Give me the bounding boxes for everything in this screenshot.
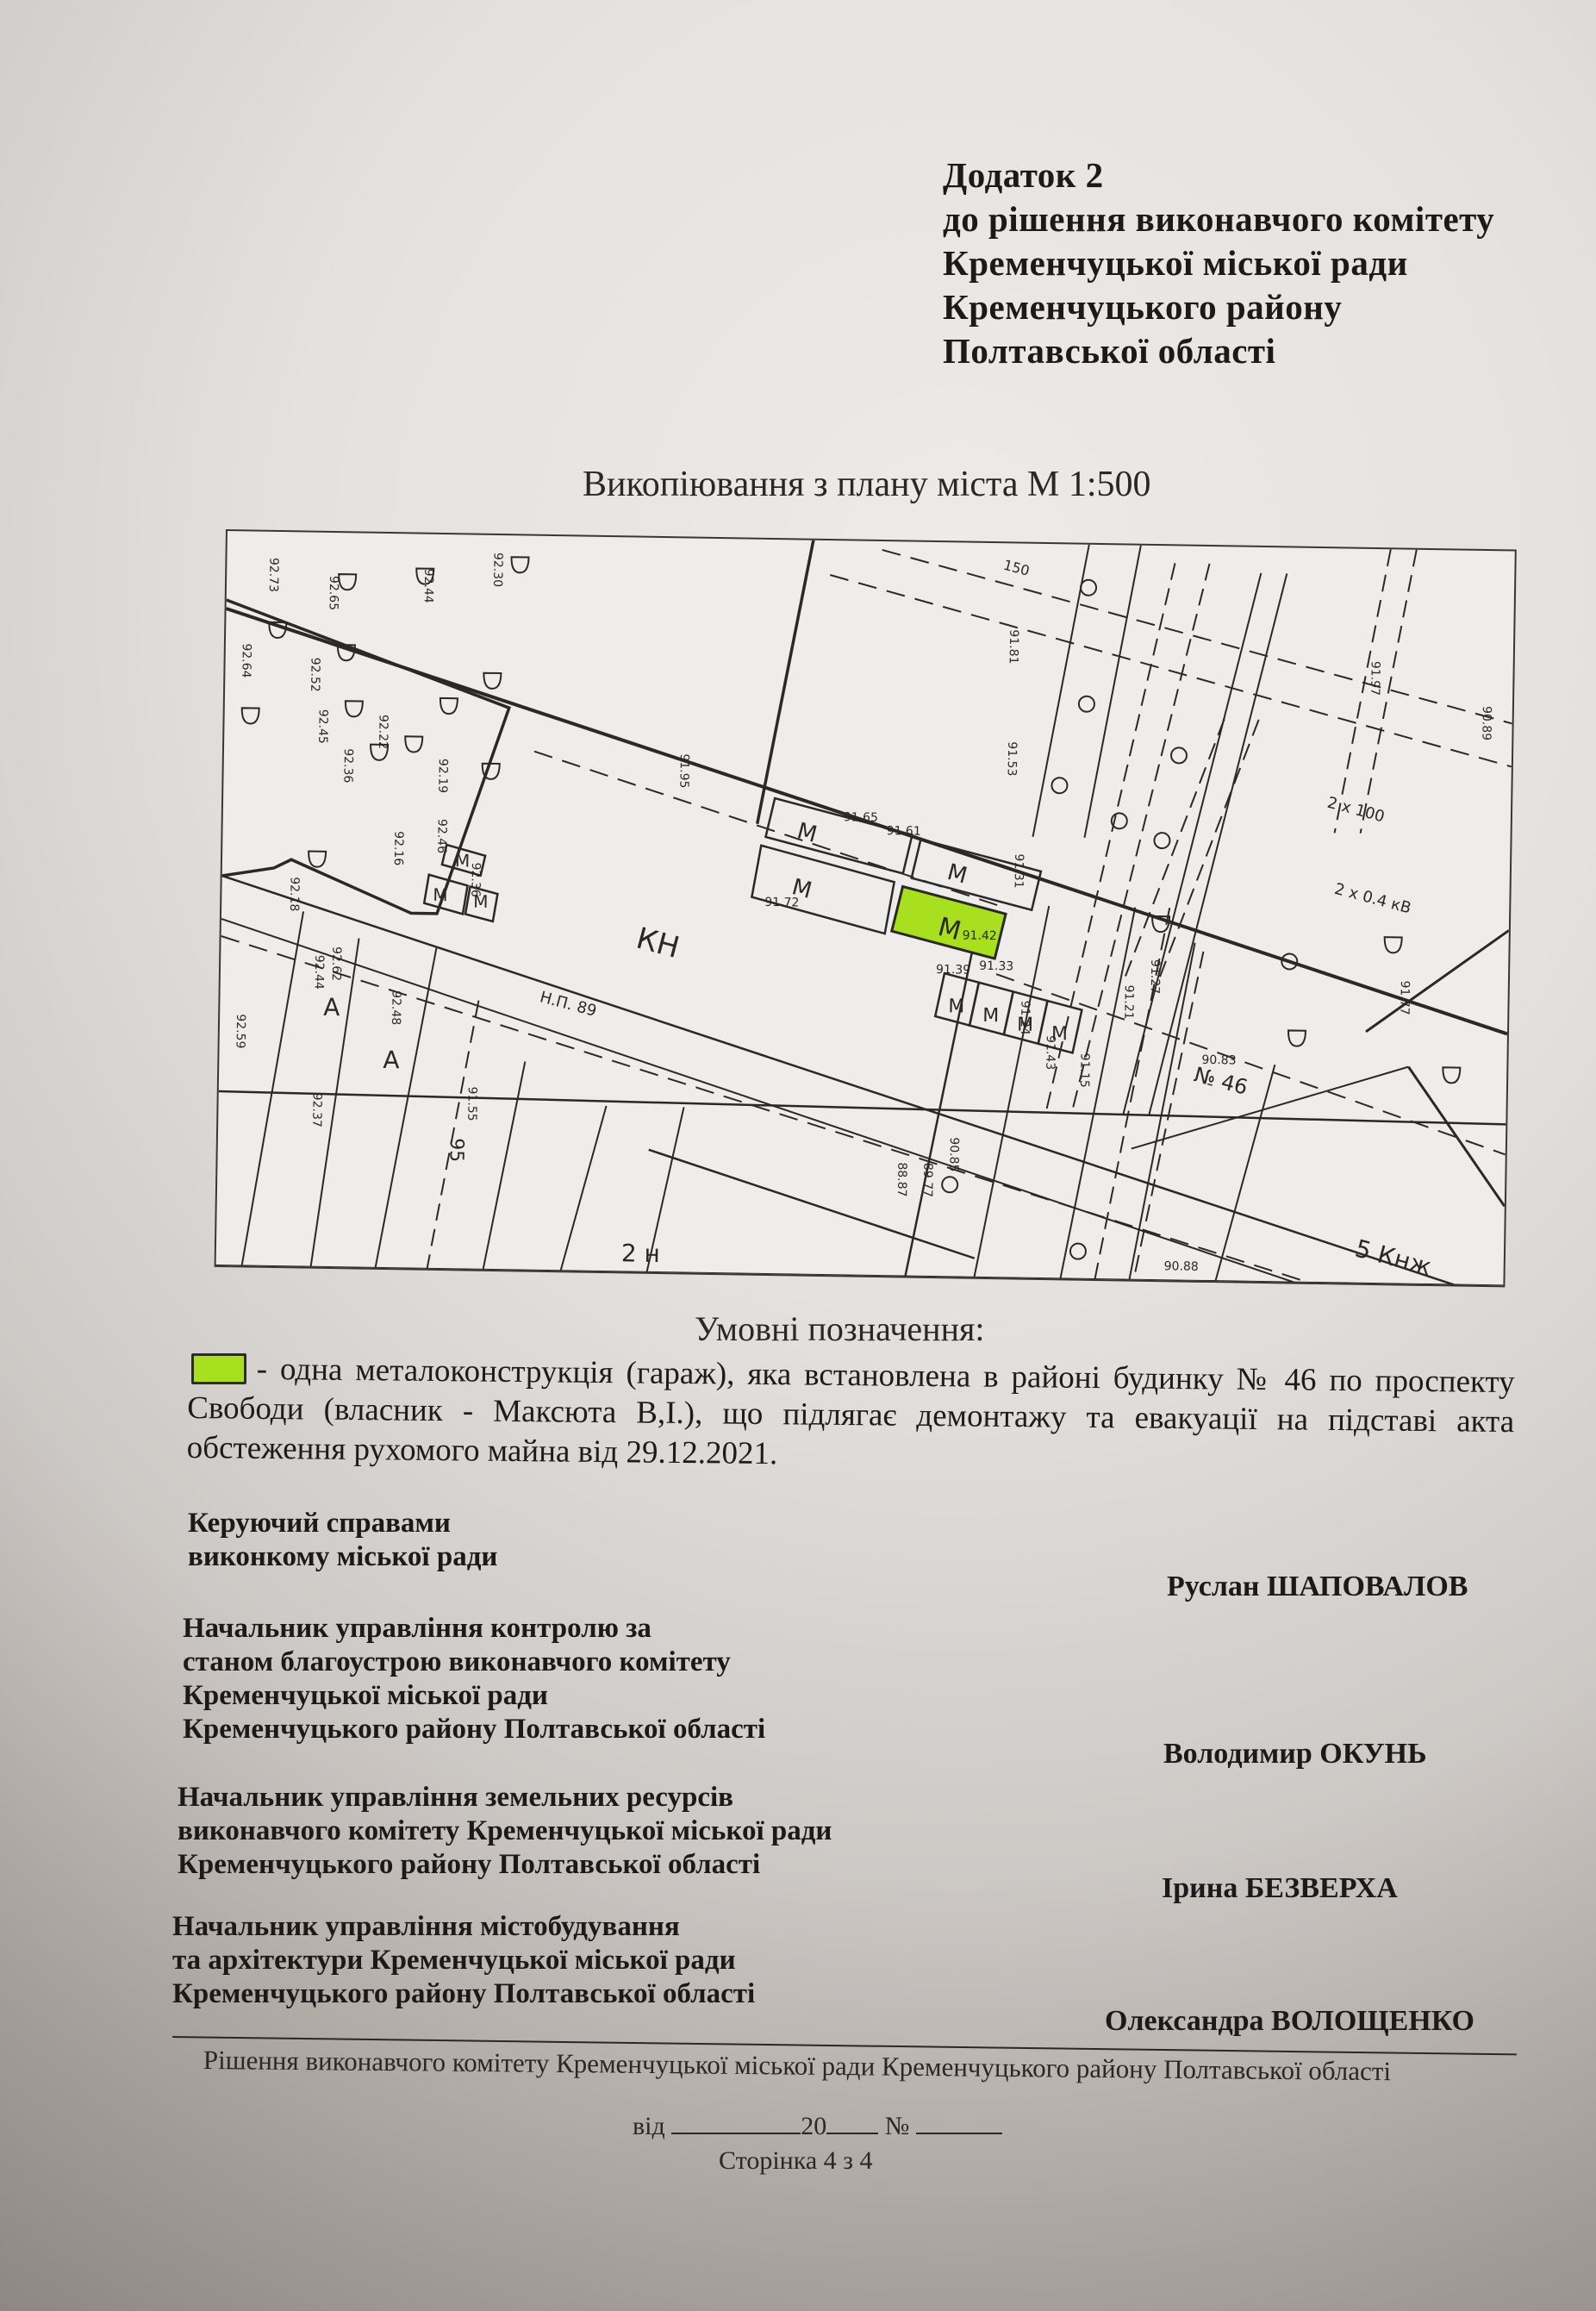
svg-text:91.65: 91.65: [844, 810, 878, 825]
svg-text:92.62: 92.62: [329, 946, 344, 981]
garage-label: М: [982, 1005, 999, 1027]
page-number: Сторінка 4 з 4: [719, 2146, 873, 2176]
position-line: виконавчого комітету Кременчуцької міськ…: [178, 1814, 832, 1848]
svg-text:91.15: 91.15: [1077, 1053, 1092, 1088]
svg-text:92.18: 92.18: [287, 877, 302, 911]
svg-text:92.36: 92.36: [468, 862, 483, 896]
building-label: 2 н: [621, 1239, 661, 1268]
position-line: станом благоустрою виконавчого комітету: [183, 1646, 765, 1679]
pipe-label: 2 x 0.4 кВ: [1332, 880, 1412, 918]
svg-text:91.61: 91.61: [886, 824, 920, 839]
area-label: А: [383, 1046, 400, 1074]
signature-position-2: Начальник управління контролю за станом …: [183, 1612, 765, 1746]
svg-text:91.81: 91.81: [1007, 629, 1021, 664]
position-line: Кременчуцького району Полтавської област…: [183, 1713, 765, 1746]
svg-text:89.77: 89.77: [920, 1163, 935, 1197]
svg-text:91.97: 91.97: [1368, 661, 1382, 696]
svg-text:91.24: 91.24: [1018, 1001, 1032, 1035]
position-line: Кременчуцького району Полтавської област…: [178, 1848, 832, 1882]
signature-name-4: Олександра ВОЛОЩЕНКО: [1105, 2005, 1474, 2038]
garage-label: М: [945, 859, 969, 890]
svg-text:92.44: 92.44: [421, 569, 436, 603]
svg-text:90.89: 90.89: [1479, 706, 1493, 740]
garage-label: М: [433, 884, 448, 905]
garage-label: М: [795, 818, 820, 848]
svg-text:91.42: 91.42: [963, 928, 997, 943]
svg-text:92.64: 92.64: [239, 643, 253, 678]
position-line: та архітектури Кременчуцької міської рад…: [172, 1944, 755, 1977]
position-line: виконкому міської ради: [188, 1540, 497, 1574]
position-line: Кременчуцького району Полтавської област…: [172, 1977, 755, 2011]
svg-text:91.53: 91.53: [1005, 741, 1019, 776]
svg-text:92.46: 92.46: [434, 819, 449, 853]
svg-text:91.27: 91.27: [1148, 959, 1163, 994]
signature-name-3: Ірина БЕЗВЕРХА: [1162, 1872, 1398, 1905]
svg-text:92.44: 92.44: [312, 955, 327, 990]
city-plan-map: КН М М М М М М М М М М М № 46 А А Н.П. 8…: [215, 529, 1517, 1287]
house-number-label: № 46: [1192, 1062, 1250, 1099]
appendix-line-5: Полтавської області: [943, 329, 1494, 373]
svg-text:92.65: 92.65: [327, 576, 341, 610]
svg-text:92.37: 92.37: [309, 1093, 324, 1127]
legend-title: Умовні позначення:: [695, 1309, 984, 1349]
position-line: Начальник управління земельних ресурсів: [178, 1781, 832, 1814]
svg-text:92.48: 92.48: [389, 990, 403, 1025]
svg-text:91.95: 91.95: [676, 753, 691, 788]
svg-text:92.22: 92.22: [376, 715, 390, 749]
svg-text:92.30: 92.30: [490, 553, 505, 587]
svg-text:91.21: 91.21: [1121, 984, 1136, 1019]
appendix-line-2: до рішення виконавчого комітету: [943, 197, 1494, 241]
svg-text:91.77: 91.77: [1397, 980, 1412, 1015]
svg-text:91.39: 91.39: [936, 963, 970, 977]
footer-date-line: від 20 №: [633, 2112, 1002, 2141]
year-blank: [826, 2133, 878, 2134]
number-blank: [916, 2133, 1002, 2134]
svg-text:92.73: 92.73: [266, 558, 281, 592]
appendix-header: Додаток 2 до рішення виконавчого комітет…: [943, 153, 1494, 373]
svg-text:91.55: 91.55: [464, 1086, 479, 1121]
street-note-label: Н.П. 89: [538, 988, 598, 1021]
svg-text:90.83: 90.83: [1201, 1053, 1236, 1068]
garage-label: М: [948, 996, 964, 1017]
map-title: Викопіювання з плану міста М 1:500: [583, 464, 1151, 505]
svg-text:91.72: 91.72: [764, 896, 799, 910]
svg-text:92.36: 92.36: [340, 748, 355, 783]
garage-label: М: [455, 850, 471, 871]
svg-text:92.59: 92.59: [234, 1014, 248, 1048]
lot-label: 95: [446, 1138, 467, 1162]
signature-position-3: Начальник управління земельних ресурсів …: [178, 1781, 832, 1882]
legend-description-text: - одна металоконструкція (гараж), яка вс…: [187, 1352, 1515, 1471]
svg-text:92.52: 92.52: [308, 658, 322, 692]
area-label: А: [323, 993, 340, 1021]
svg-text:88.87: 88.87: [895, 1162, 909, 1196]
appendix-line-3: Кременчуцької міської ради: [943, 241, 1494, 285]
position-line: Кременчуцької міської ради: [183, 1679, 765, 1713]
pipe-label: 150: [1001, 557, 1031, 579]
map-drawing: КН М М М М М М М М М М М № 46 А А Н.П. 8…: [216, 531, 1515, 1285]
position-line: Керуючий справами: [188, 1507, 497, 1540]
svg-text:90.85: 90.85: [946, 1137, 961, 1171]
position-line: Начальник управління контролю за: [183, 1612, 765, 1646]
road-label: КН: [633, 921, 683, 965]
date-prefix: від: [633, 2112, 665, 2140]
signature-name-2: Володимир ОКУНЬ: [1163, 1738, 1427, 1771]
number-sign: №: [885, 2112, 910, 2140]
signature-name-1: Руслан ШАПОВАЛОВ: [1167, 1571, 1468, 1603]
pipe-label: 2 x 100: [1325, 794, 1387, 827]
position-line: Начальник управління містобудування: [172, 1910, 755, 1944]
svg-text:92.16: 92.16: [391, 831, 406, 865]
signature-position-4: Начальник управління містобудування та а…: [172, 1910, 755, 2011]
appendix-line-4: Кременчуцького району: [943, 285, 1494, 329]
svg-text:90.88: 90.88: [1164, 1259, 1199, 1274]
signature-position-1: Керуючий справами виконкому міської ради: [188, 1507, 497, 1574]
date-blank: [671, 2133, 801, 2134]
svg-text:92.19: 92.19: [435, 759, 450, 793]
legend-description: - одна металоконструкція (гараж), яка вс…: [187, 1349, 1515, 1482]
svg-text:91.31: 91.31: [1012, 853, 1026, 888]
svg-text:92.45: 92.45: [315, 709, 330, 744]
svg-text:91.43: 91.43: [1043, 1035, 1057, 1070]
year-prefix: 20: [801, 2112, 826, 2140]
building-label: 5 Кнж: [1352, 1234, 1435, 1282]
appendix-title: Додаток 2: [943, 153, 1494, 197]
svg-text:91.33: 91.33: [979, 959, 1013, 974]
